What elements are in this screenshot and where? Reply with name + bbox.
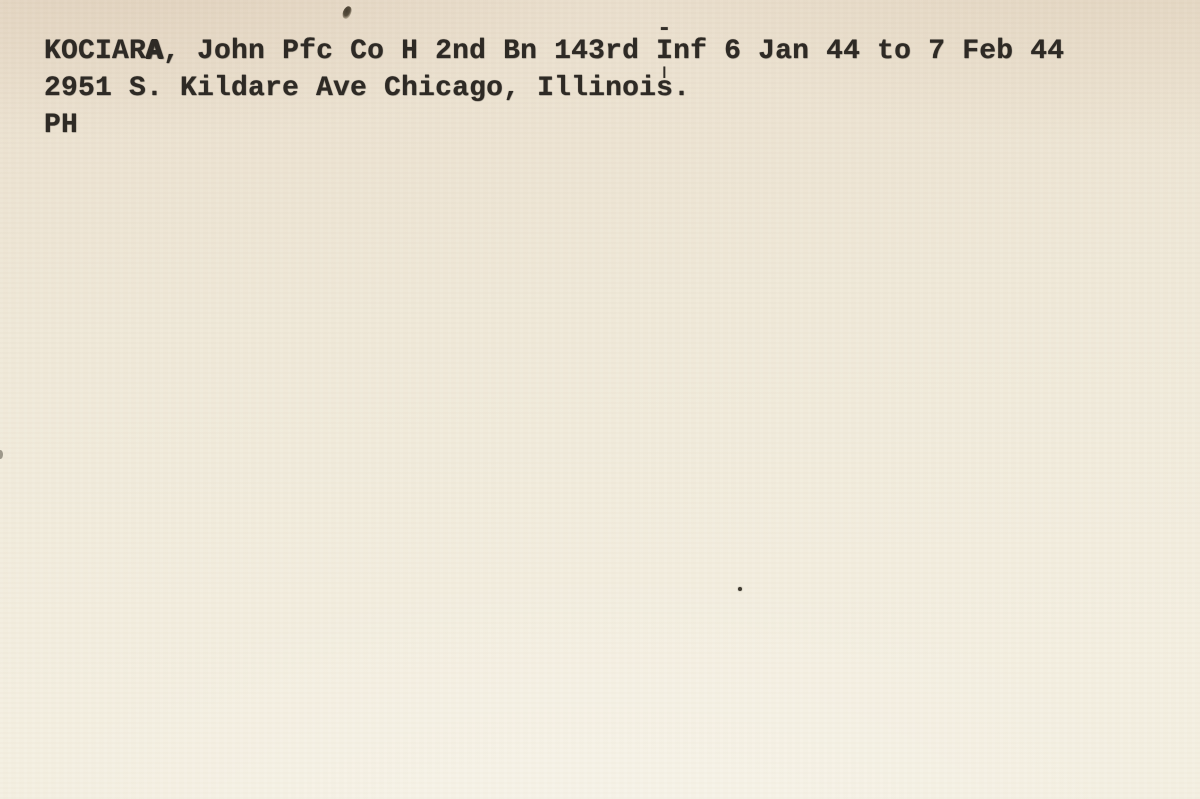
record-line-award: PH bbox=[44, 107, 1064, 144]
unit-infantry: -|Inf bbox=[656, 33, 707, 70]
ink-speck-dot bbox=[738, 587, 742, 591]
ink-speck-top bbox=[341, 5, 353, 20]
record-line-service: KOCIARA, John Pfc Co H 2nd Bn 143rd -|In… bbox=[44, 33, 1064, 70]
surname-overstruck-letter: A bbox=[146, 36, 163, 67]
typed-record: KOCIARA, John Pfc Co H 2nd Bn 143rd -|In… bbox=[44, 33, 1064, 144]
ink-speck-left-edge bbox=[0, 450, 3, 459]
record-line-address: 2951 S. Kildare Ave Chicago, Illinois. bbox=[44, 70, 1064, 107]
stray-hyphen-mark: - bbox=[657, 18, 672, 42]
stray-tick-mark: | bbox=[660, 67, 669, 79]
service-dates: 6 Jan 44 to 7 Feb 44 bbox=[707, 36, 1064, 67]
surname: KOCIAR bbox=[44, 36, 146, 67]
index-card: KOCIARA, John Pfc Co H 2nd Bn 143rd -|In… bbox=[0, 0, 1200, 799]
name-rank-unit: , John Pfc Co H 2nd Bn 143rd bbox=[163, 36, 656, 67]
